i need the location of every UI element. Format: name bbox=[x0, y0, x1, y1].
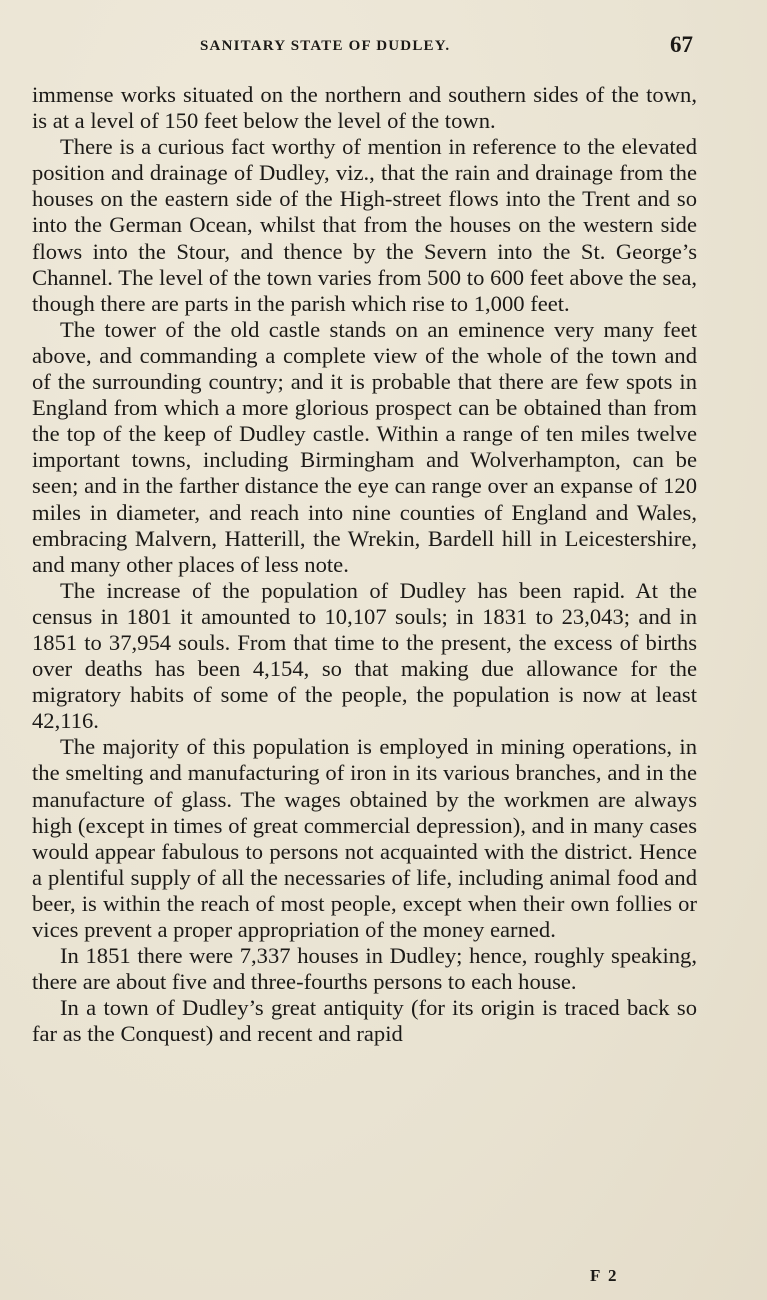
signature-mark: F 2 bbox=[590, 1266, 619, 1286]
page-header: SANITARY STATE OF DUDLEY. 67 bbox=[0, 34, 767, 58]
page-number: 67 bbox=[670, 32, 693, 58]
paragraph: In 1851 there were 7,337 houses in Dudle… bbox=[32, 943, 697, 995]
paragraph: The majority of this population is emplo… bbox=[32, 734, 697, 943]
paragraph: In a town of Dudley’s great antiquity (f… bbox=[32, 995, 697, 1047]
paragraph: The increase of the population of Dudley… bbox=[32, 578, 697, 735]
paragraph: The tower of the old castle stands on an… bbox=[32, 317, 697, 578]
paragraph: There is a curious fact worthy of mentio… bbox=[32, 134, 697, 317]
body-text: immense works situated on the northern a… bbox=[32, 82, 697, 1047]
running-title: SANITARY STATE OF DUDLEY. bbox=[200, 38, 450, 55]
paragraph: immense works situated on the northern a… bbox=[32, 82, 697, 134]
